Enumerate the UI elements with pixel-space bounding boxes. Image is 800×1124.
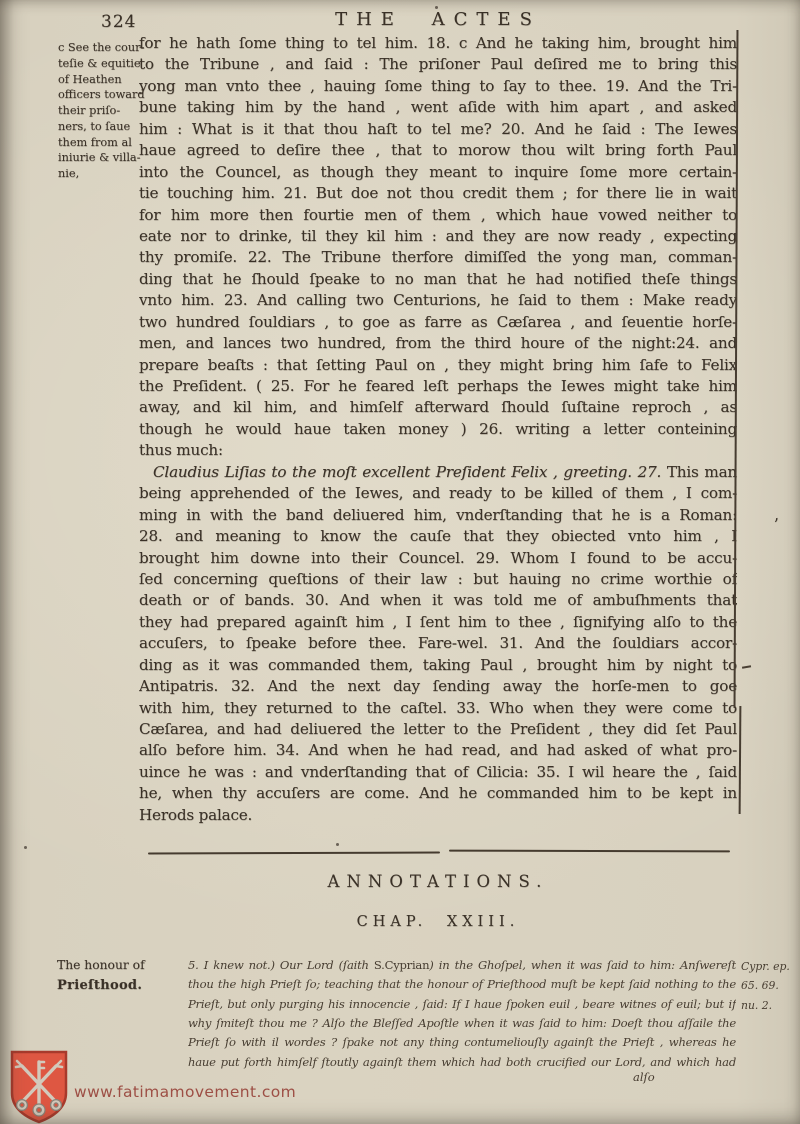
text-line: prepare beaſts : that ſetting Paul on , … xyxy=(139,355,737,376)
annotation-text: 5. I knew not.) Our Lord (ſaith S.Cypria… xyxy=(188,956,736,1072)
mnote: officers toward xyxy=(58,87,150,103)
text-line: haue agreed to deſire thee , that to mor… xyxy=(139,140,737,161)
text-segment: alſo before him. 34. And when he had rea… xyxy=(139,741,737,759)
text-segment: the Preſident. ( 25. For he feared leſt … xyxy=(139,377,737,395)
text-line: away, and kil him, and himſelf afterward… xyxy=(139,397,737,418)
text-segment: prepare beaſts : that ſetting Paul on , … xyxy=(139,356,737,374)
text-line: death or of bands. 30. And when it was t… xyxy=(139,590,737,611)
cline: 65. 69. xyxy=(741,976,799,995)
crossed-keys-shield-icon xyxy=(9,1049,69,1124)
text-line: him : What is it that thou haſt to tel m… xyxy=(139,119,737,140)
text-line: ſed concerning queſtions of their law : … xyxy=(139,569,737,590)
text-line: eate nor to drinke, til they kil him : a… xyxy=(139,226,737,247)
text-line: vnto him. 23. And calling two Centurions… xyxy=(139,290,737,311)
text-segment: bune taking him by the hand , went aſide… xyxy=(139,98,737,116)
text-segment: though he would haue taken money ) 26. w… xyxy=(139,420,737,438)
text-segment: into the Councel, as though they meant t… xyxy=(139,163,737,181)
text-segment: brought him downe into their Councel. 29… xyxy=(139,549,737,567)
mnote: them from al xyxy=(58,135,150,151)
text-line: ming in with the band deliuered him, vnd… xyxy=(139,505,737,526)
text-segment: tie touching him. 21. But doe not thou c… xyxy=(139,184,737,202)
text-segment: ding that he ſhould ſpeake to no man tha… xyxy=(139,270,737,288)
text-line: Claudius Liſias to the moſt excellent Pr… xyxy=(139,462,737,483)
ink-speck xyxy=(24,846,27,849)
text-segment: thus much: xyxy=(139,441,223,459)
text-segment: This man xyxy=(661,463,737,481)
text-line: alſo before him. 34. And when he had rea… xyxy=(139,740,737,761)
text-segment: death or of bands. 30. And when it was t… xyxy=(139,591,737,609)
text-segment: two hundred ſouldiars , to goe as farre … xyxy=(139,313,737,331)
text-segment: ſed concerning queſtions of their law : … xyxy=(139,570,737,588)
mlabel: The honour of xyxy=(57,956,182,976)
text-segment: accuſers, to ſpeake before thee. Fare-we… xyxy=(139,634,737,652)
text-line: Cæſarea, and had deliuered the letter to… xyxy=(139,719,737,740)
stray-mark: , xyxy=(771,506,780,525)
text-segment: away, and kil him, and himſelf afterward… xyxy=(139,398,737,416)
text-line: why ſmiteſt thou me ? Alſo the Bleſſed A… xyxy=(188,1014,736,1033)
text-line: yong man vnto thee , hauing ſome thing t… xyxy=(139,76,737,97)
column-rule-lower xyxy=(739,706,741,814)
text-segment: ) in the Ghoſpel, when it was ſaid to hi… xyxy=(429,958,736,972)
text-line: the Preſident. ( 25. For he feared leſt … xyxy=(139,376,737,397)
text-line: to the Tribune , and ſaid : The priſoner… xyxy=(139,54,737,75)
text-segment: uince he was : and vnderſtanding that of… xyxy=(139,763,737,781)
text-line: Prieſt ſo with il wordes ? ſpake not any… xyxy=(188,1033,736,1052)
running-title: THE ACTES xyxy=(139,9,737,30)
scanned-book-page: 324 THE ACTES c See the cour-teſie & equ… xyxy=(0,0,800,1124)
text-line: Antipatris. 32. And the next day ſending… xyxy=(139,676,737,697)
text-segment: thy promiſe. 22. The Tribune therfore di… xyxy=(139,248,737,266)
text-segment: ding as it was commanded them, taking Pa… xyxy=(139,656,737,674)
text-line: into the Councel, as though they meant t… xyxy=(139,162,737,183)
text-segment: Prieſt, but only purging his innocencie … xyxy=(188,997,736,1014)
text-segment: why ſmiteſt thou me ? Alſo the Bleſſed A… xyxy=(188,1016,736,1033)
text-segment: Claudius Liſias to the moſt excellent Pr… xyxy=(153,463,661,481)
catchword: alſo xyxy=(633,1070,655,1084)
text-segment: Prieſt ſo with il wordes ? ſpake not any… xyxy=(188,1035,736,1052)
mnote: of Heathen xyxy=(58,72,150,88)
text-line: tie touching him. 21. But doe not thou c… xyxy=(139,183,737,204)
text-segment: Cæſarea, and had deliuered the letter to… xyxy=(139,720,737,738)
mnote: their priſo- xyxy=(58,103,150,119)
text-line: men, and lances two hundred, from the th… xyxy=(139,333,737,354)
text-segment: with him, they returned to the caſtel. 3… xyxy=(139,699,737,717)
mlabel: Prieſthood. xyxy=(57,976,182,996)
text-line: Prieſt, but only purging his innocencie … xyxy=(188,995,736,1014)
text-segment: men, and lances two hundred, from the th… xyxy=(139,334,737,352)
ink-speck xyxy=(336,843,339,846)
cline: nu. 2. xyxy=(741,996,799,1015)
cline: Cypr. ep. xyxy=(741,957,799,976)
text-segment: haue agreed to deſire thee , that to mor… xyxy=(139,141,737,159)
mnote: teſie & equitie xyxy=(58,56,150,72)
text-segment: Antipatris. 32. And the next day ſending… xyxy=(139,677,737,695)
text-segment: for him more then fourtie men of them , … xyxy=(139,206,737,224)
text-line: for he hath ſome thing to tel him. 18. c… xyxy=(139,33,737,54)
text-segment: 5. I knew not.) Our Lord (ſaith xyxy=(188,958,374,972)
section-divider-left xyxy=(148,851,440,854)
text-line: Herods palace. xyxy=(139,805,737,826)
text-segment: he, when thy accuſers are come. And he c… xyxy=(139,784,737,802)
text-line: uince he was : and vnderſtanding that of… xyxy=(139,762,737,783)
text-line: bune taking him by the hand , went aſide… xyxy=(139,97,737,118)
text-line: with him, they returned to the caſtel. 3… xyxy=(139,698,737,719)
text-segment: vnto him. 23. And calling two Centurions… xyxy=(139,291,737,309)
text-segment: yong man vnto thee , hauing ſome thing t… xyxy=(139,77,737,95)
page-number: 324 xyxy=(101,12,136,32)
text-segment: Herods palace. xyxy=(139,806,252,824)
text-line: 28. and meaning to know the cauſe that t… xyxy=(139,526,737,547)
text-line: ding as it was commanded them, taking Pa… xyxy=(139,655,737,676)
margin-citation: Cypr. ep.65. 69.nu. 2. xyxy=(741,957,799,1015)
text-segment: eate nor to drinke, til they kil him : a… xyxy=(139,227,737,245)
text-line: brought him downe into their Councel. 29… xyxy=(139,548,737,569)
mnote: iniurie & villa- xyxy=(58,150,150,166)
chapter-heading: CHAP. XXIII. xyxy=(139,914,737,930)
annotation-margin-label: The honour ofPrieſthood. xyxy=(57,956,182,995)
text-line: thy promiſe. 22. The Tribune therfore di… xyxy=(139,247,737,268)
text-segment: they had prepared againſt him , I ſent h… xyxy=(139,613,737,631)
text-line: he, when thy accuſers are come. And he c… xyxy=(139,783,737,804)
text-segment: him : What is it that thou haſt to tel m… xyxy=(139,120,737,138)
text-line: two hundred ſouldiars , to goe as farre … xyxy=(139,312,737,333)
text-segment: thou the high Prieſt ſo; teaching that t… xyxy=(188,977,736,994)
text-segment: 28. and meaning to know the cauſe that t… xyxy=(139,527,737,545)
section-divider-right xyxy=(449,850,730,853)
annotations-heading: ANNOTATIONS. xyxy=(139,872,737,891)
margin-note-column: c See the cour-teſie & equitieof Heathen… xyxy=(58,40,150,182)
text-line: accuſers, to ſpeake before thee. Fare-we… xyxy=(139,633,737,654)
text-line: being apprehended of the Iewes, and read… xyxy=(139,483,737,504)
body-text: for he hath ſome thing to tel him. 18. c… xyxy=(139,33,737,826)
text-line: thus much: xyxy=(139,440,737,461)
text-line: they had prepared againſt him , I ſent h… xyxy=(139,612,737,633)
stray-mark xyxy=(742,665,751,668)
mnote: c See the cour- xyxy=(58,40,150,56)
mnote: nie, xyxy=(58,166,150,182)
text-segment: S.Cyprian xyxy=(374,958,429,972)
text-line: ding that he ſhould ſpeake to no man tha… xyxy=(139,269,737,290)
mnote: ners, to ſaue xyxy=(58,119,150,135)
text-segment: being apprehended of the Iewes, and read… xyxy=(139,484,737,502)
text-line: thou the high Prieſt ſo; teaching that t… xyxy=(188,975,736,994)
text-segment: ming in with the band deliuered him, vnd… xyxy=(139,506,737,524)
text-segment: for he hath ſome thing to tel him. 18. c… xyxy=(139,34,737,52)
text-line: though he would haue taken money ) 26. w… xyxy=(139,419,737,440)
watermark-url: www.fatimamovement.com xyxy=(74,1083,296,1101)
text-line: 5. I knew not.) Our Lord (ſaith S.Cypria… xyxy=(188,956,736,975)
text-segment: to the Tribune , and ſaid : The priſoner… xyxy=(139,55,737,73)
text-line: for him more then fourtie men of them , … xyxy=(139,205,737,226)
